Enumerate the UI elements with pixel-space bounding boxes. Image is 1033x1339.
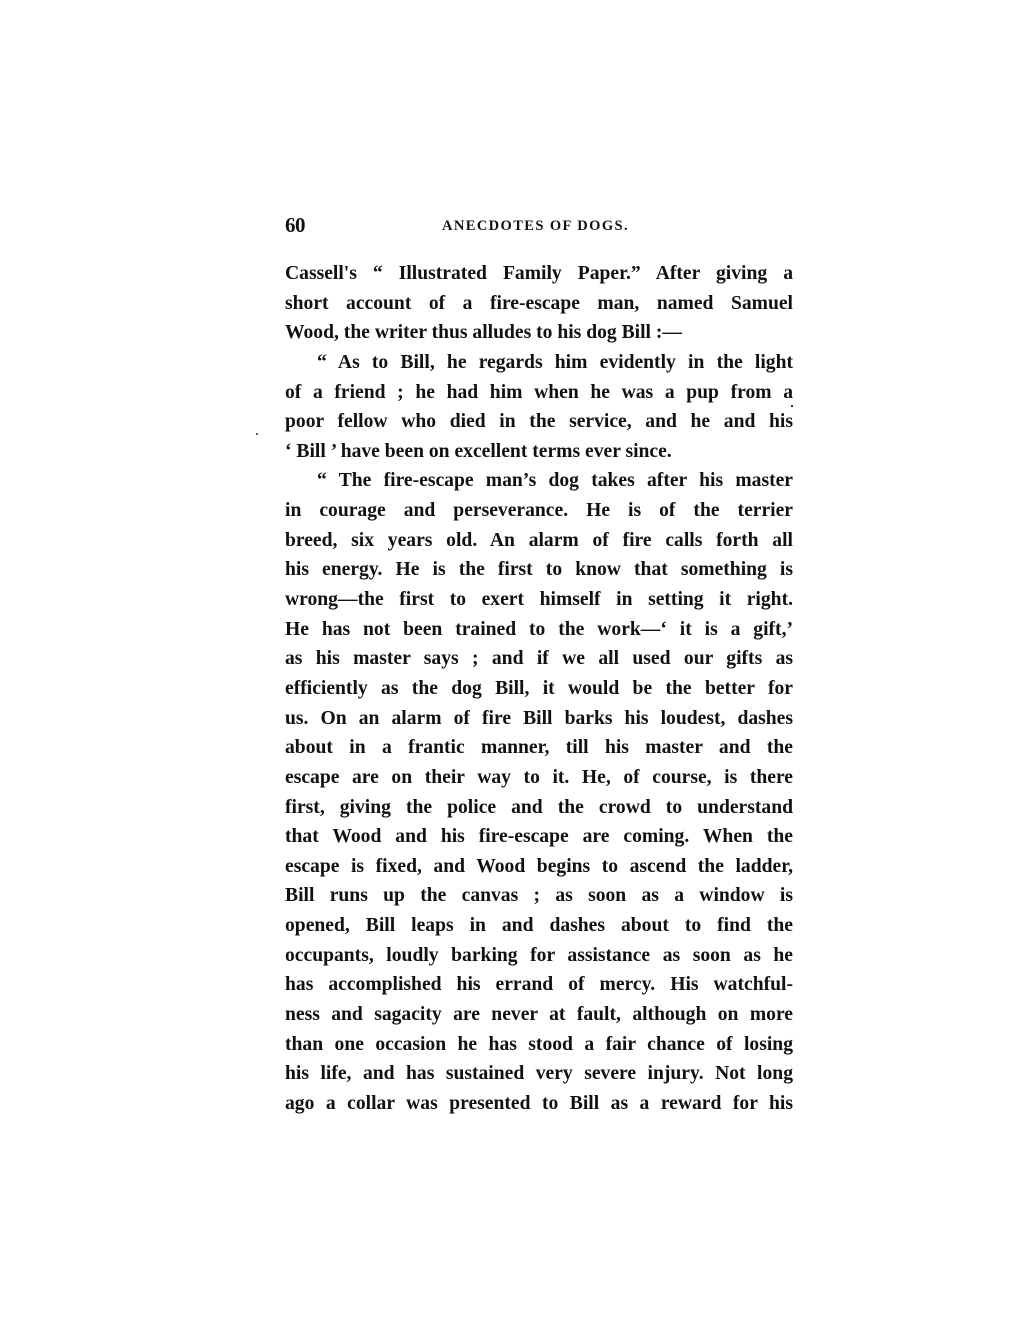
- running-head: 60 ANECDOTES OF DOGS.: [285, 212, 793, 238]
- text-line: short account of a fire-escape man, name…: [285, 289, 793, 319]
- text-line: wrong—the first to exert himself in sett…: [285, 585, 793, 615]
- text-line: has accomplished his errand of mercy. Hi…: [285, 970, 793, 1000]
- text-line: first, giving the police and the crowd t…: [285, 793, 793, 823]
- text-line: that Wood and his fire-escape are coming…: [285, 822, 793, 852]
- text-line: breed, six years old. An alarm of fire c…: [285, 526, 793, 556]
- text-line: “ The fire-escape man’s dog takes after …: [285, 466, 793, 496]
- paragraph: Cassell's “ Illustrated Family Paper.” A…: [285, 259, 793, 348]
- text-line: of a friend ; he had him when he was a p…: [285, 378, 793, 408]
- text-line: about in a frantic manner, till his mast…: [285, 733, 793, 763]
- text-line: efficiently as the dog Bill, it would be…: [285, 674, 793, 704]
- text-line: Bill runs up the canvas ; as soon as a w…: [285, 881, 793, 911]
- text-line: in courage and perseverance. He is of th…: [285, 496, 793, 526]
- text-line: his energy. He is the first to know that…: [285, 555, 793, 585]
- page-number: 60: [285, 212, 305, 238]
- text-line: escape are on their way to it. He, of co…: [285, 763, 793, 793]
- text-line: ness and sagacity are never at fault, al…: [285, 1000, 793, 1030]
- text-line: ‘ Bill ’ have been on excellent terms ev…: [285, 437, 793, 467]
- text-line: poor fellow who died in the service, and…: [285, 407, 793, 437]
- text-line: “ As to Bill, he regards him evidently i…: [285, 348, 793, 378]
- text-line: He has not been trained to the work—‘ it…: [285, 615, 793, 645]
- paragraph: “ As to Bill, he regards him evidently i…: [285, 348, 793, 467]
- text-line: Wood, the writer thus alludes to his dog…: [285, 318, 793, 348]
- text-line: his life, and has sustained very severe …: [285, 1059, 793, 1089]
- scan-speck: [256, 433, 258, 435]
- text-line: ago a collar was presented to Bill as a …: [285, 1089, 793, 1119]
- text-line: occupants, loudly barking for assistance…: [285, 941, 793, 971]
- book-page: 60 ANECDOTES OF DOGS. Cassell's “ Illust…: [0, 0, 1033, 1339]
- scan-speck: [791, 405, 793, 407]
- running-title: ANECDOTES OF DOGS.: [442, 215, 629, 237]
- paragraph: “ The fire-escape man’s dog takes after …: [285, 466, 793, 1118]
- text-line: than one occasion he has stood a fair ch…: [285, 1030, 793, 1060]
- text-line: as his master says ; and if we all used …: [285, 644, 793, 674]
- text-line: Cassell's “ Illustrated Family Paper.” A…: [285, 259, 793, 289]
- text-line: us. On an alarm of fire Bill barks his l…: [285, 704, 793, 734]
- text-line: opened, Bill leaps in and dashes about t…: [285, 911, 793, 941]
- text-line: escape is fixed, and Wood begins to asce…: [285, 852, 793, 882]
- body-text: Cassell's “ Illustrated Family Paper.” A…: [285, 259, 793, 1119]
